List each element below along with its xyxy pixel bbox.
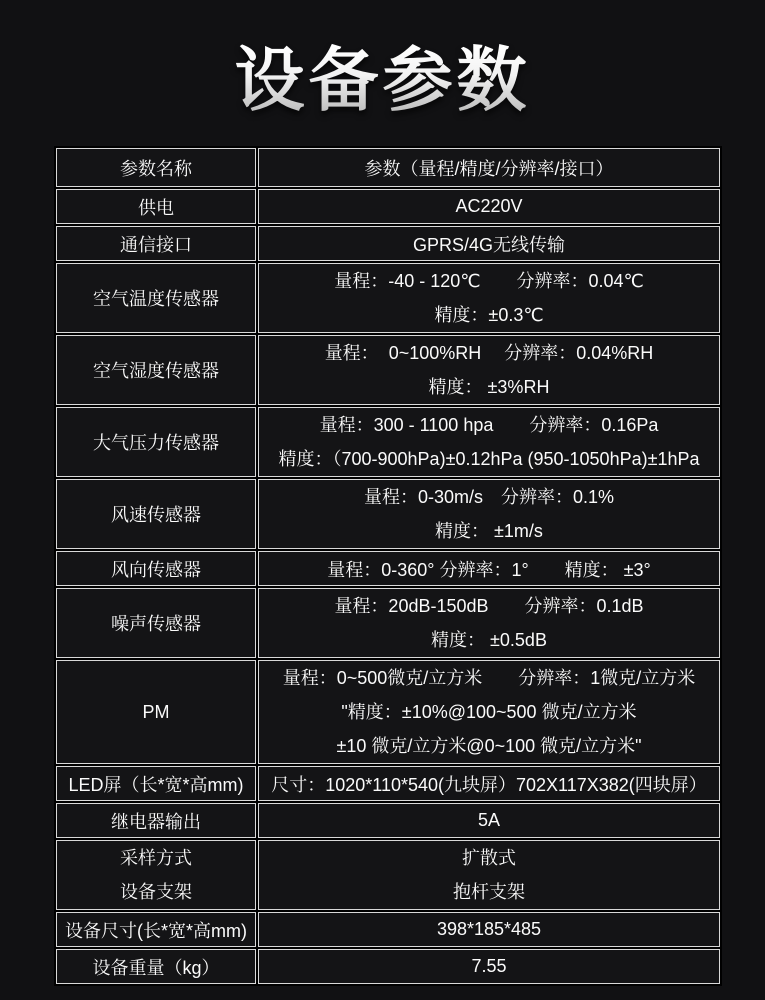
- param-name-cell: 空气湿度传感器: [56, 335, 256, 405]
- param-name-text: 大气压力传感器: [93, 433, 219, 453]
- param-value-text: 精度：（700-900hPa)±0.12hPa (950-1050hPa)±1h…: [259, 442, 719, 476]
- param-name-cell: 继电器输出: [56, 803, 256, 838]
- param-value-cell: GPRS/4G无线传输: [258, 226, 720, 261]
- param-value-text: 5A: [478, 810, 500, 830]
- param-value-text: 精度： ±1m/s: [259, 514, 719, 548]
- param-name-text: 风速传感器: [111, 505, 201, 525]
- param-value-cell: 量程：0~500微克/立方米 分辨率：1微克/立方米"精度：±10%@100~5…: [258, 660, 720, 764]
- param-value-cell: 量程：0-360° 分辨率：1° 精度： ±3°: [258, 551, 720, 586]
- param-name-text: 设备尺寸(长*宽*高mm): [65, 921, 247, 941]
- param-value-text: 参数（量程/精度/分辨率/接口）: [364, 159, 613, 179]
- param-name-cell: 供电: [56, 189, 256, 224]
- param-value-text: GPRS/4G无线传输: [413, 235, 565, 255]
- table-row: 风向传感器量程：0-360° 分辨率：1° 精度： ±3°: [56, 551, 720, 586]
- param-value-text: 7.55: [471, 956, 506, 976]
- table-row: 噪声传感器量程：20dB-150dB 分辨率：0.1dB精度： ±0.5dB: [56, 588, 720, 658]
- param-value-cell: 量程： 0~100%RH 分辨率：0.04%RH精度： ±3%RH: [258, 335, 720, 405]
- table-row: 设备重量（kg）7.55: [56, 949, 720, 984]
- param-name-cell: 大气压力传感器: [56, 407, 256, 477]
- param-name-cell: 通信接口: [56, 226, 256, 261]
- param-name-text: 供电: [138, 198, 174, 218]
- param-value-text: 量程：20dB-150dB 分辨率：0.1dB: [259, 589, 719, 623]
- spec-sheet-page: 设备参数 参数名称参数（量程/精度/分辨率/接口）供电AC220V通信接口GPR…: [0, 32, 765, 986]
- param-value-text: "精度：±10%@100~500 微克/立方米: [259, 695, 719, 729]
- param-value-text: 量程：0~500微克/立方米 分辨率：1微克/立方米: [259, 661, 719, 695]
- table-row: PM量程：0~500微克/立方米 分辨率：1微克/立方米"精度：±10%@100…: [56, 660, 720, 764]
- param-value-text: 量程：0-360° 分辨率：1° 精度： ±3°: [327, 560, 651, 580]
- table-row: 大气压力传感器量程：300 - 1100 hpa 分辨率：0.16Pa精度：（7…: [56, 407, 720, 477]
- page-title: 设备参数: [0, 32, 765, 128]
- table-row: 设备尺寸(长*宽*高mm)398*185*485: [56, 912, 720, 947]
- param-value-text: 量程：300 - 1100 hpa 分辨率：0.16Pa: [259, 408, 719, 442]
- param-value-text: ±10 微克/立方米@0~100 微克/立方米": [259, 729, 719, 763]
- param-value-cell: 量程：20dB-150dB 分辨率：0.1dB精度： ±0.5dB: [258, 588, 720, 658]
- param-name-cell: 采样方式设备支架: [56, 840, 256, 910]
- param-value-text: 精度：±0.3℃: [259, 298, 719, 332]
- param-name-text: 参数名称: [120, 159, 192, 179]
- param-value-text: 精度： ±3%RH: [259, 370, 719, 404]
- table-header-row: 参数名称参数（量程/精度/分辨率/接口）: [56, 148, 720, 187]
- param-value-cell: 量程：-40 - 120℃ 分辨率：0.04℃精度：±0.3℃: [258, 263, 720, 333]
- table-row: 空气湿度传感器量程： 0~100%RH 分辨率：0.04%RH精度： ±3%RH: [56, 335, 720, 405]
- param-value-cell: AC220V: [258, 189, 720, 224]
- param-value-cell: 扩散式抱杆支架: [258, 840, 720, 910]
- param-name-text: 噪声传感器: [111, 614, 201, 634]
- table-row: 通信接口GPRS/4G无线传输: [56, 226, 720, 261]
- param-value-text: 抱杆支架: [259, 875, 719, 909]
- param-value-cell: 量程：300 - 1100 hpa 分辨率：0.16Pa精度：（700-900h…: [258, 407, 720, 477]
- table-row: 空气温度传感器量程：-40 - 120℃ 分辨率：0.04℃精度：±0.3℃: [56, 263, 720, 333]
- param-name-text: LED屏（长*宽*高mm): [68, 775, 243, 795]
- param-name-cell: 参数名称: [56, 148, 256, 187]
- param-name-text: 通信接口: [120, 235, 192, 255]
- param-value-text: 尺寸：1020*110*540(九块屏）702X117X382(四块屏）: [271, 775, 707, 795]
- param-name-cell: PM: [56, 660, 256, 764]
- param-name-text: 设备重量（kg）: [92, 958, 219, 978]
- param-name-text: 采样方式: [57, 841, 255, 875]
- param-name-cell: 噪声传感器: [56, 588, 256, 658]
- table-row: LED屏（长*宽*高mm)尺寸：1020*110*540(九块屏）702X117…: [56, 766, 720, 801]
- param-name-cell: 设备重量（kg）: [56, 949, 256, 984]
- table-row: 继电器输出5A: [56, 803, 720, 838]
- param-value-text: 量程： 0~100%RH 分辨率：0.04%RH: [259, 336, 719, 370]
- table-row: 采样方式设备支架扩散式抱杆支架: [56, 840, 720, 910]
- spec-table: 参数名称参数（量程/精度/分辨率/接口）供电AC220V通信接口GPRS/4G无…: [54, 146, 722, 986]
- param-name-text: 空气温度传感器: [93, 289, 219, 309]
- table-row: 风速传感器量程：0-30m/s 分辨率：0.1%精度： ±1m/s: [56, 479, 720, 549]
- param-value-cell: 参数（量程/精度/分辨率/接口）: [258, 148, 720, 187]
- param-name-text: PM: [143, 702, 170, 722]
- param-name-text: 风向传感器: [111, 560, 201, 580]
- param-name-cell: 空气温度传感器: [56, 263, 256, 333]
- param-value-text: AC220V: [455, 196, 522, 216]
- param-name-text: 继电器输出: [111, 812, 201, 832]
- param-name-cell: 风向传感器: [56, 551, 256, 586]
- param-value-text: 精度： ±0.5dB: [259, 623, 719, 657]
- param-name-cell: 设备尺寸(长*宽*高mm): [56, 912, 256, 947]
- param-value-cell: 量程：0-30m/s 分辨率：0.1%精度： ±1m/s: [258, 479, 720, 549]
- param-value-text: 量程：0-30m/s 分辨率：0.1%: [259, 480, 719, 514]
- table-row: 供电AC220V: [56, 189, 720, 224]
- param-value-cell: 398*185*485: [258, 912, 720, 947]
- param-name-text: 空气湿度传感器: [93, 361, 219, 381]
- param-value-cell: 7.55: [258, 949, 720, 984]
- param-value-text: 量程：-40 - 120℃ 分辨率：0.04℃: [259, 264, 719, 298]
- param-value-cell: 5A: [258, 803, 720, 838]
- param-name-text: 设备支架: [57, 875, 255, 909]
- param-name-cell: LED屏（长*宽*高mm): [56, 766, 256, 801]
- param-name-cell: 风速传感器: [56, 479, 256, 549]
- param-value-cell: 尺寸：1020*110*540(九块屏）702X117X382(四块屏）: [258, 766, 720, 801]
- param-value-text: 扩散式: [259, 841, 719, 875]
- param-value-text: 398*185*485: [437, 919, 541, 939]
